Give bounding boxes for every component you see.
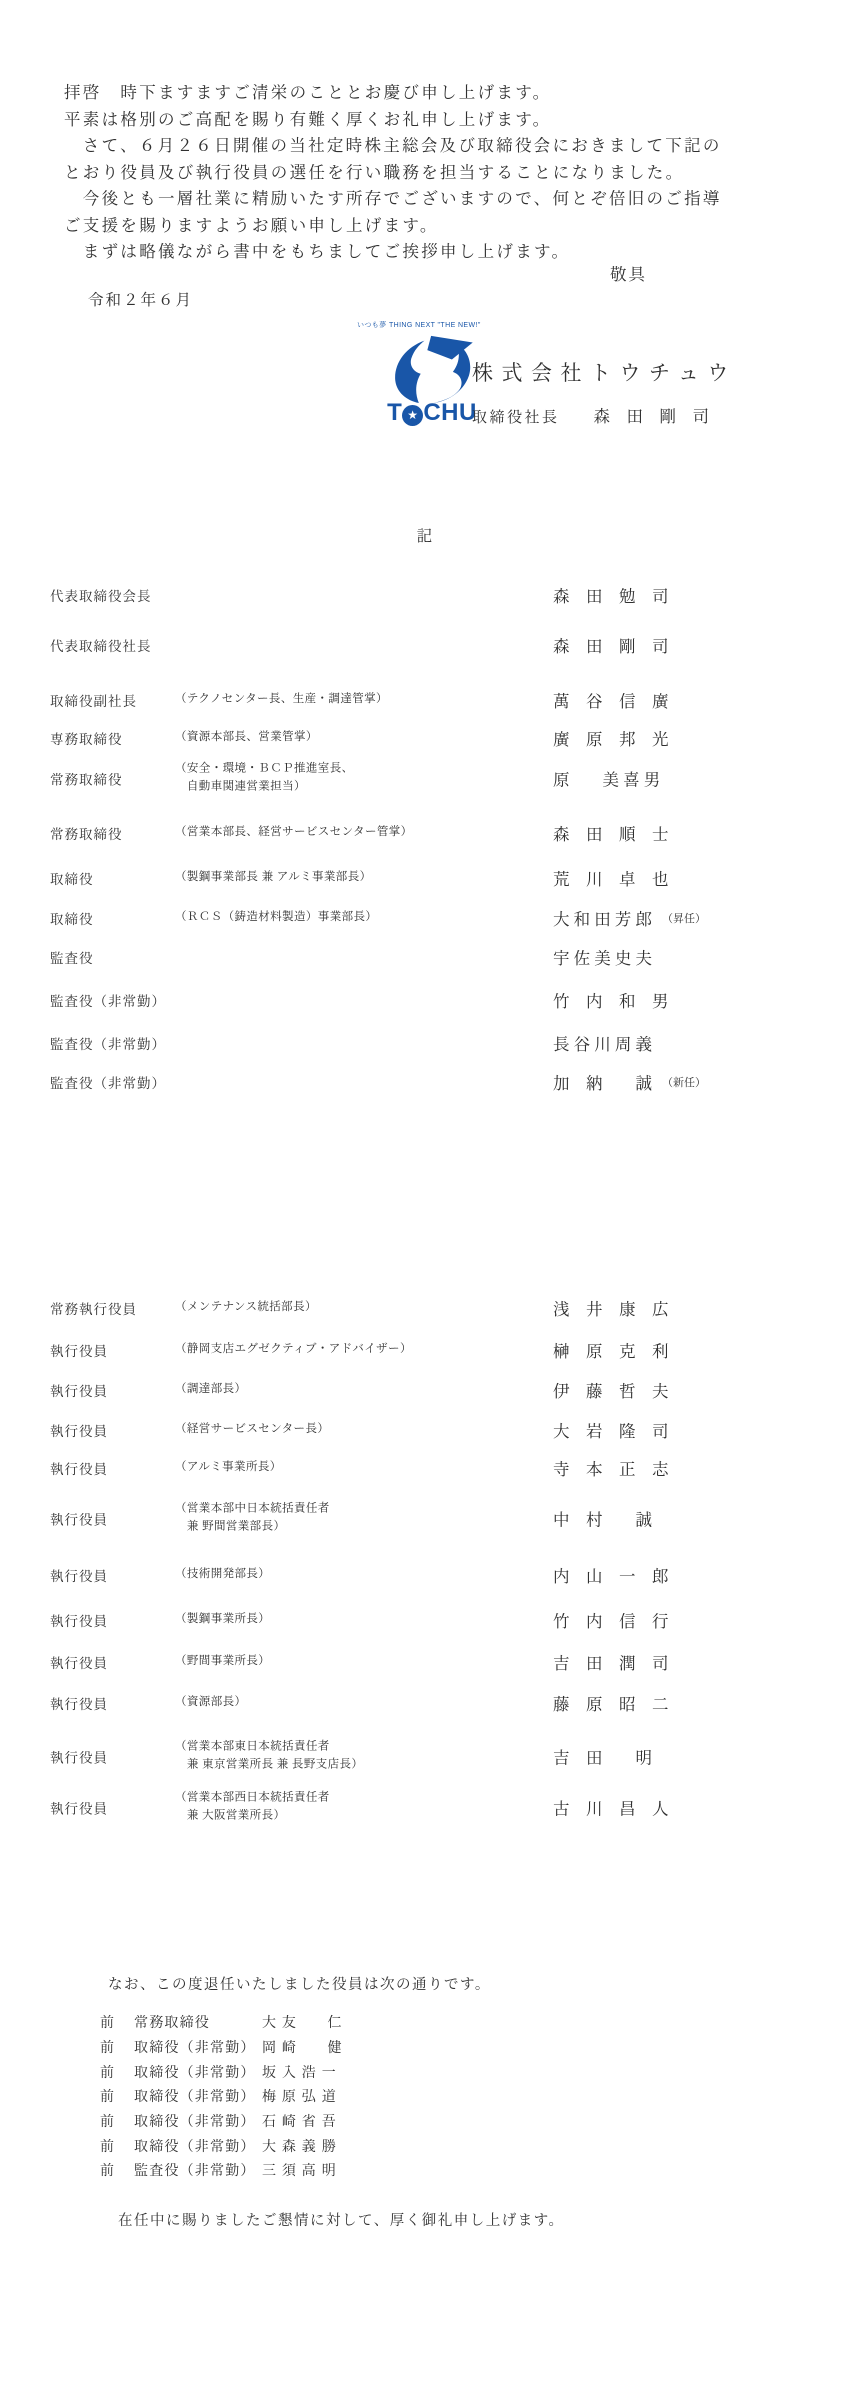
executive-note-line: （経営サービスセンター長） — [175, 1421, 553, 1439]
executive-note: （資源部長） — [175, 1694, 553, 1712]
officer-title: 取締役 — [50, 868, 175, 888]
officer-name: 加 納 誠 — [553, 1070, 652, 1094]
officer-title: 監査役（非常勤） — [50, 1072, 175, 1092]
officer-row: 取締役 （ＲＣＳ（鋳造材料製造）事業部長） 大 和 田 芳 郎 （昇任） — [50, 906, 823, 930]
retired-name: 石 崎 省 吾 — [262, 2111, 337, 2131]
executive-title: 執行役員 — [50, 1746, 175, 1766]
officer-title: 取締役副社長 — [50, 690, 175, 710]
executive-row: 執行役員 （営業本部東日本統括責任者 兼 東京営業所長 兼 長野支店長） 吉 田… — [50, 1739, 823, 1774]
executive-note: （アルミ事業所長） — [175, 1459, 553, 1477]
retired-row: 前 取締役（非常勤） 石 崎 省 吾 — [100, 2111, 337, 2131]
retired-title: 取締役（非常勤） — [134, 2136, 262, 2156]
executive-note: （野間事業所長） — [175, 1653, 553, 1671]
executive-note: （営業本部西日本統括責任者 兼 大阪営業所長） — [175, 1790, 553, 1825]
executive-note-line: （営業本部東日本統括責任者 — [175, 1739, 553, 1757]
retired-name: 梅 原 弘 道 — [262, 2086, 337, 2106]
executive-note-line: （調達部長） — [175, 1381, 553, 1399]
executive-row: 執行役員 （製鋼事業所長） 竹 内 信 行 — [50, 1608, 823, 1632]
retired-row: 前 常務取締役 大 友 仁 — [100, 2012, 343, 2032]
officer-note: （安全・環境・ＢＣＰ推進室長、 自動車関連営業担当） — [175, 761, 553, 796]
officer-row: 常務取締役 （安全・環境・ＢＣＰ推進室長、 自動車関連営業担当） 原 美 喜 男 — [50, 761, 823, 796]
letter-body: 拝啓 時下ますますご清栄のこととお慶び申し上げます。 平素は格別のご高配を賜り有… — [64, 80, 764, 266]
wordmark-chu: CHU — [423, 399, 477, 426]
executive-note-line: （アルミ事業所長） — [175, 1459, 553, 1477]
retired-prefix: 前 — [100, 2086, 134, 2106]
officer-note: （製鋼事業部長 兼 アルミ事業部長） — [175, 869, 553, 887]
executive-row: 常務執行役員 （メンテナンス統括部長） 浅 井 康 広 — [50, 1296, 823, 1320]
closing-word: 敬具 — [610, 261, 647, 285]
executive-title: 執行役員 — [50, 1380, 175, 1400]
retired-row: 前 監査役（非常勤） 三 須 高 明 — [100, 2160, 337, 2180]
officer-note-line: 自動車関連営業担当） — [175, 778, 553, 796]
officer-name: 原 美 喜 男 — [553, 766, 660, 790]
retired-title: 監査役（非常勤） — [134, 2160, 262, 2180]
officer-note-line: （安全・環境・ＢＣＰ推進室長、 — [175, 761, 553, 779]
retired-name: 大 森 義 勝 — [262, 2136, 337, 2156]
officer-name: 荒 川 卓 也 — [553, 866, 669, 890]
retired-prefix: 前 — [100, 2111, 134, 2131]
retired-prefix: 前 — [100, 2037, 134, 2057]
executive-note-line: 兼 野間営業部長） — [175, 1518, 553, 1536]
retired-closing: 在任中に賜りましたご懇情に対して、厚く御礼申し上げます。 — [118, 2209, 565, 2230]
retired-title: 取締役（非常勤） — [134, 2086, 262, 2106]
executive-note: （経営サービスセンター長） — [175, 1421, 553, 1439]
officer-name: 竹 内 和 男 — [553, 988, 669, 1012]
officer-name: 森 田 剛 司 — [553, 633, 669, 657]
officer-title: 常務取締役 — [50, 768, 175, 788]
executive-name: 浅 井 康 広 — [553, 1296, 669, 1320]
executive-title: 執行役員 — [50, 1797, 175, 1817]
executive-row: 執行役員 （資源部長） 藤 原 昭 二 — [50, 1691, 823, 1715]
executive-name: 榊 原 克 利 — [553, 1338, 669, 1362]
letter-line: 今後とも一層社業に精励いたす所存でございますので、何とぞ倍旧のご指導 — [64, 186, 764, 213]
executive-note-line: （メンテナンス統括部長） — [175, 1299, 553, 1317]
retired-prefix: 前 — [100, 2062, 134, 2082]
executive-row: 執行役員 （営業本部中日本統括責任者 兼 野間営業部長） 中 村 誠 — [50, 1501, 823, 1536]
retired-name: 三 須 高 明 — [262, 2160, 337, 2180]
letter-line: まずは略儀ながら書中をもちましてご挨拶申し上げます。 — [64, 239, 764, 266]
executive-name: 古 川 昌 人 — [553, 1795, 669, 1819]
officer-title: 専務取締役 — [50, 728, 175, 748]
officer-name: 廣 原 邦 光 — [553, 726, 669, 750]
tochu-logo-icon — [388, 334, 478, 404]
officer-title: 代表取締役社長 — [50, 635, 175, 655]
officer-title: 監査役（非常勤） — [50, 1033, 175, 1053]
officer-title: 代表取締役会長 — [50, 585, 175, 605]
executive-note-line: （製鋼事業所長） — [175, 1611, 553, 1629]
retired-prefix: 前 — [100, 2012, 134, 2032]
executive-note: （メンテナンス統括部長） — [175, 1299, 553, 1317]
executive-name: 吉 田 明 — [553, 1744, 652, 1768]
officer-name: 森 田 順 士 — [553, 821, 669, 845]
retired-prefix: 前 — [100, 2160, 134, 2180]
executive-name: 内 山 一 郎 — [553, 1563, 669, 1587]
executive-note: （製鋼事業所長） — [175, 1611, 553, 1629]
executive-row: 執行役員 （技術開発部長） 内 山 一 郎 — [50, 1563, 823, 1587]
retired-title: 常務取締役 — [134, 2012, 262, 2032]
executive-title: 執行役員 — [50, 1508, 175, 1528]
officer-name: 宇 佐 美 史 夫 — [553, 945, 652, 969]
star-icon: ★ — [402, 405, 423, 426]
executive-title: 執行役員 — [50, 1458, 175, 1478]
officer-title: 常務取締役 — [50, 823, 175, 843]
letter-line: ご支援を賜りますようお願い申し上げます。 — [64, 213, 764, 240]
president-line: 取締役社長森 田 剛 司 — [472, 403, 709, 427]
retired-name: 岡 崎 健 — [262, 2037, 343, 2057]
letter-line: さて、６月２６日開催の当社定時株主総会及び取締役会におきまして下記の — [64, 133, 764, 160]
executive-row: 執行役員 （静岡支店エグゼクティブ・アドバイザー） 榊 原 克 利 — [50, 1338, 823, 1362]
officer-name-suffix: （新任） — [662, 1074, 706, 1090]
letter-line: とおり役員及び執行役員の選任を行い職務を担当することになりました。 — [64, 160, 764, 187]
executive-note-line: （営業本部西日本統括責任者 — [175, 1790, 553, 1808]
officer-note: （テクノセンター長、生産・調達管掌） — [175, 691, 553, 709]
officer-note: （ＲＣＳ（鋳造材料製造）事業部長） — [175, 909, 553, 927]
officer-row: 監査役 宇 佐 美 史 夫 — [50, 945, 823, 969]
section-heading: 記 — [0, 524, 849, 546]
officer-row: 代表取締役会長 森 田 勉 司 — [50, 583, 823, 607]
officer-note: （営業本部長、経営サービスセンター管掌） — [175, 824, 553, 842]
letter-line: 平素は格別のご高配を賜り有難く厚くお礼申し上げます。 — [64, 107, 764, 134]
document-page: 拝啓 時下ますますご清栄のこととお慶び申し上げます。 平素は格別のご高配を賜り有… — [0, 0, 849, 2406]
retired-intro: なお、この度退任いたしました役員は次の通りです。 — [108, 1973, 491, 1994]
retired-title: 取締役（非常勤） — [134, 2062, 262, 2082]
officer-row: 常務取締役 （営業本部長、経営サービスセンター管掌） 森 田 順 士 — [50, 821, 823, 845]
executive-note-line: （野間事業所長） — [175, 1653, 553, 1671]
retired-title: 取締役（非常勤） — [134, 2037, 262, 2057]
executive-note: （静岡支店エグゼクティブ・アドバイザー） — [175, 1341, 553, 1359]
retired-name: 大 友 仁 — [262, 2012, 343, 2032]
company-name: 株式会社トウチュウ — [472, 357, 737, 387]
retired-row: 前 取締役（非常勤） 梅 原 弘 道 — [100, 2086, 337, 2106]
executive-note: （技術開発部長） — [175, 1566, 553, 1584]
president-title: 取締役社長 — [472, 410, 560, 426]
retired-name: 坂 入 浩 一 — [262, 2062, 337, 2082]
officer-note: （資源本部長、営業管掌） — [175, 729, 553, 747]
executive-note-line: 兼 東京営業所長 兼 長野支店長） — [175, 1756, 553, 1774]
tochu-wordmark: T★CHU — [384, 399, 480, 427]
executive-note-line: （静岡支店エグゼクティブ・アドバイザー） — [175, 1341, 553, 1359]
executive-name: 寺 本 正 志 — [553, 1456, 669, 1480]
officer-row: 取締役 （製鋼事業部長 兼 アルミ事業部長） 荒 川 卓 也 — [50, 866, 823, 890]
officer-row: 取締役副社長 （テクノセンター長、生産・調達管掌） 萬 谷 信 廣 — [50, 688, 823, 712]
letter-line: 拝啓 時下ますますご清栄のこととお慶び申し上げます。 — [64, 80, 764, 107]
executive-name: 大 岩 隆 司 — [553, 1418, 669, 1442]
executive-name: 伊 藤 哲 夫 — [553, 1378, 669, 1402]
executive-row: 執行役員 （アルミ事業所長） 寺 本 正 志 — [50, 1456, 823, 1480]
executive-note: （営業本部中日本統括責任者 兼 野間営業部長） — [175, 1501, 553, 1536]
officer-name: 長 谷 川 周 義 — [553, 1031, 652, 1055]
officer-name: 森 田 勉 司 — [553, 583, 669, 607]
officer-row: 監査役（非常勤） 竹 内 和 男 — [50, 988, 823, 1012]
executive-note-line: （資源部長） — [175, 1694, 553, 1712]
executive-row: 執行役員 （営業本部西日本統括責任者 兼 大阪営業所長） 古 川 昌 人 — [50, 1790, 823, 1825]
retired-row: 前 取締役（非常勤） 坂 入 浩 一 — [100, 2062, 337, 2082]
officer-title: 監査役（非常勤） — [50, 990, 175, 1010]
executive-row: 執行役員 （経営サービスセンター長） 大 岩 隆 司 — [50, 1418, 823, 1442]
executive-title: 執行役員 — [50, 1340, 175, 1360]
officer-note-line: （営業本部長、経営サービスセンター管掌） — [175, 824, 553, 842]
executive-title: 執行役員 — [50, 1693, 175, 1713]
executive-title: 常務執行役員 — [50, 1298, 175, 1318]
letter-date: 令和２年６月 — [88, 288, 193, 310]
retired-row: 前 取締役（非常勤） 岡 崎 健 — [100, 2037, 343, 2057]
executive-title: 執行役員 — [50, 1565, 175, 1585]
executive-note-line: （営業本部中日本統括責任者 — [175, 1501, 553, 1519]
executive-note: （営業本部東日本統括責任者 兼 東京営業所長 兼 長野支店長） — [175, 1739, 553, 1774]
officer-note-line: （製鋼事業部長 兼 アルミ事業部長） — [175, 869, 553, 887]
executive-row: 執行役員 （調達部長） 伊 藤 哲 夫 — [50, 1378, 823, 1402]
officer-name: 大 和 田 芳 郎 — [553, 906, 652, 930]
officer-note-line: （テクノセンター長、生産・調達管掌） — [175, 691, 553, 709]
wordmark-t: T — [387, 399, 402, 426]
officer-note-line: （資源本部長、営業管掌） — [175, 729, 553, 747]
executive-row: 執行役員 （野間事業所長） 吉 田 潤 司 — [50, 1650, 823, 1674]
executive-title: 執行役員 — [50, 1652, 175, 1672]
officer-row: 監査役（非常勤） 加 納 誠 （新任） — [50, 1070, 823, 1094]
executive-name: 吉 田 潤 司 — [553, 1650, 669, 1674]
officer-note-line: （ＲＣＳ（鋳造材料製造）事業部長） — [175, 909, 553, 927]
executive-title: 執行役員 — [50, 1610, 175, 1630]
officer-title: 取締役 — [50, 908, 175, 928]
executive-name: 藤 原 昭 二 — [553, 1691, 669, 1715]
retired-title: 取締役（非常勤） — [134, 2111, 262, 2131]
executive-note-line: （技術開発部長） — [175, 1566, 553, 1584]
retired-prefix: 前 — [100, 2136, 134, 2156]
executive-note: （調達部長） — [175, 1381, 553, 1399]
executive-name: 中 村 誠 — [553, 1506, 652, 1530]
president-name: 森 田 剛 司 — [594, 407, 710, 426]
executive-note-line: 兼 大阪営業所長） — [175, 1807, 553, 1825]
officer-name-suffix: （昇任） — [662, 910, 706, 926]
executive-name: 竹 内 信 行 — [553, 1608, 669, 1632]
executive-title: 執行役員 — [50, 1420, 175, 1440]
officer-row: 監査役（非常勤） 長 谷 川 周 義 — [50, 1031, 823, 1055]
company-tagline: いつも夢 THING NEXT "THE NEW!" — [357, 320, 481, 330]
officer-name: 萬 谷 信 廣 — [553, 688, 669, 712]
retired-row: 前 取締役（非常勤） 大 森 義 勝 — [100, 2136, 337, 2156]
officer-row: 代表取締役社長 森 田 剛 司 — [50, 633, 823, 657]
officer-row: 専務取締役 （資源本部長、営業管掌） 廣 原 邦 光 — [50, 726, 823, 750]
officer-title: 監査役 — [50, 947, 175, 967]
